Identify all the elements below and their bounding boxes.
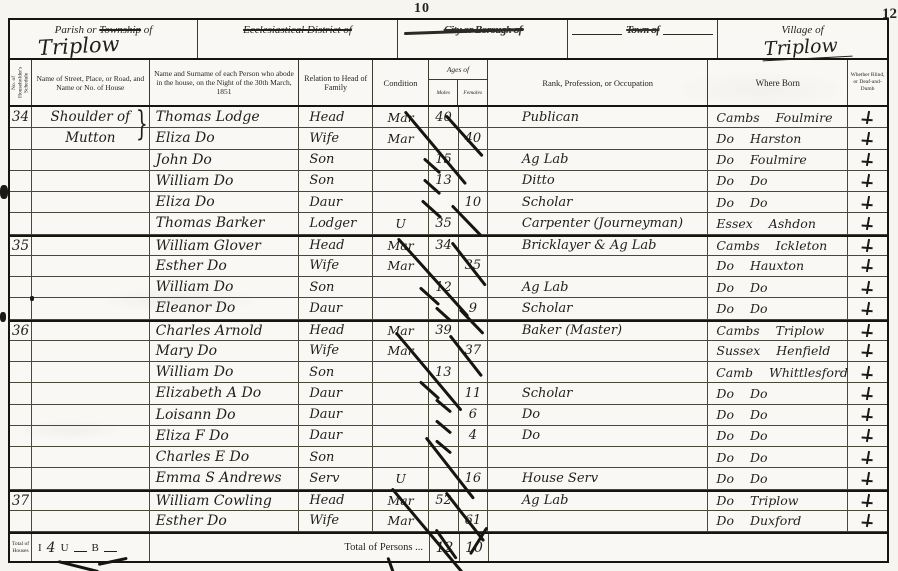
- schedule-cell: [10, 405, 32, 425]
- birthplace-cell: Do Duxford: [708, 511, 848, 531]
- infirm-cell: [848, 362, 887, 382]
- birthplace-cell: Sussex Henfield: [708, 341, 848, 361]
- census-row: Mary DoWifeMar37Sussex Henfield: [10, 341, 887, 362]
- relation-cell: Son: [299, 171, 373, 191]
- schedule-cell: 35: [10, 237, 32, 255]
- totals-empty-cell: [489, 534, 887, 561]
- relation-cell: Lodger: [299, 213, 373, 233]
- col-header-occupation: Rank, Profession, or Occupation: [488, 60, 708, 105]
- age-male-cell: [429, 511, 459, 531]
- name-cell: William Glover: [150, 237, 300, 255]
- village-value: Triplow: [761, 34, 852, 62]
- relation-cell: Serv: [299, 468, 373, 488]
- birthplace-cell: Do Do: [708, 383, 848, 403]
- tick-mark: [865, 324, 869, 337]
- town-box: Town of: [568, 20, 718, 58]
- tick-mark: [865, 239, 869, 252]
- name-cell: Eliza F Do: [150, 426, 300, 446]
- infirm-cell: [848, 468, 887, 488]
- schedule-cell: 36: [10, 322, 32, 340]
- house-cell: [32, 192, 150, 212]
- house-cell: [32, 237, 150, 255]
- infirm-cell: [848, 237, 887, 255]
- column-headers: No. of Householder's Schedule Name of St…: [10, 60, 887, 107]
- schedule-cell: [10, 213, 32, 233]
- parish-label-post: of: [144, 24, 153, 36]
- schedule-cell: [10, 128, 32, 148]
- infirm-cell: [848, 511, 887, 531]
- schedule-cell: [10, 277, 32, 297]
- name-cell: William Do: [150, 171, 300, 191]
- relation-cell: Son: [299, 277, 373, 297]
- condition-cell: [373, 426, 429, 446]
- col-header-males: Males: [429, 80, 459, 105]
- occupation-cell: Scholar: [488, 192, 709, 212]
- birthplace-cell: Do Hauxton: [708, 256, 848, 276]
- house-cell: [32, 277, 150, 297]
- birthplace-cell: Do Do: [708, 405, 848, 425]
- name-cell: Charles Arnold: [150, 322, 300, 340]
- age-female-cell: [459, 150, 488, 170]
- name-cell: William Cowling: [150, 492, 300, 510]
- relation-cell: Wife: [299, 511, 373, 531]
- age-male-cell: 35: [429, 213, 459, 233]
- relation-cell: Son: [299, 362, 373, 382]
- city-box: City or Borough of: [398, 20, 568, 58]
- scanned-census-page: { "page": { "top_number": "10", "right_n…: [0, 0, 898, 571]
- tick-mark: [865, 429, 869, 442]
- census-row: 36Charles ArnoldHeadMar39Baker (Master)C…: [10, 320, 887, 341]
- col-header-name: Name and Surname of each Person who abod…: [150, 60, 300, 105]
- birthplace-cell: Do Do: [708, 298, 848, 318]
- house-cell: [32, 492, 150, 510]
- birthplace-cell: Cambs Ickleton: [708, 237, 848, 255]
- infirm-cell: [848, 447, 887, 467]
- age-male-cell: 39: [429, 322, 459, 340]
- tick-mark: [865, 132, 869, 145]
- schedule-cell: [10, 383, 32, 403]
- tick-mark: [865, 196, 869, 209]
- col-header-ages: Ages of Males Females: [429, 60, 488, 105]
- infirm-cell: [848, 171, 887, 191]
- occupation-cell: Scholar: [488, 383, 709, 403]
- ages-of-label: Ages of: [429, 60, 487, 80]
- condition-cell: [373, 192, 429, 212]
- infirm-cell: [848, 256, 887, 276]
- schedule-cell: 34: [10, 107, 32, 127]
- house-cell: [32, 468, 150, 488]
- schedule-cell: [10, 468, 32, 488]
- infirm-cell: [848, 150, 887, 170]
- house-cell: [32, 298, 150, 318]
- col-header-schedule: No. of Householder's Schedule: [10, 60, 32, 105]
- col-header-street: Name of Street, Place, or Road, and Name…: [32, 60, 150, 105]
- occupation-cell: [488, 362, 708, 382]
- age-female-cell: 11: [459, 383, 488, 403]
- schedule-cell: [10, 426, 32, 446]
- census-row: Eliza DoDaur10ScholarDo Do: [10, 192, 887, 213]
- schedule-cell: [10, 171, 32, 191]
- age-female-cell: [459, 447, 488, 467]
- dash-mark: [663, 34, 713, 46]
- birthplace-cell: Cambs Foulmire: [708, 107, 848, 127]
- schedule-cell: [10, 341, 32, 361]
- name-cell: Elizabeth A Do: [150, 383, 300, 403]
- tick-mark: [865, 153, 869, 166]
- occupation-cell: Publican: [488, 107, 709, 127]
- col-header-infirm: Whether Blind, or Deaf-and-Dumb: [848, 60, 887, 105]
- infirm-cell: [848, 128, 887, 148]
- house-cell: [32, 256, 150, 276]
- name-cell: Esther Do: [150, 256, 300, 276]
- condition-cell: [373, 405, 429, 425]
- tick-mark: [865, 494, 869, 507]
- relation-cell: Wife: [299, 341, 373, 361]
- age-male-cell: [429, 256, 459, 276]
- house-cell: [32, 426, 150, 446]
- parish-value: Triplow: [37, 32, 120, 60]
- masthead: Parish or Township of Triplow Ecclesiast…: [10, 20, 887, 60]
- name-cell: Eliza Do: [150, 192, 300, 212]
- tick-mark: [865, 302, 869, 315]
- census-row: William DoSon13Camb Whittlesford: [10, 362, 887, 383]
- schedule-cell: 37: [10, 492, 32, 510]
- tick-mark: [865, 451, 869, 464]
- occupation-cell: [488, 128, 709, 148]
- relation-cell: Head: [299, 322, 373, 340]
- relation-cell: Daur: [299, 383, 373, 403]
- village-label: Village of: [718, 20, 887, 36]
- parish-box: Parish or Township of Triplow: [10, 20, 198, 58]
- relation-cell: Head: [299, 237, 373, 255]
- condition-cell: [373, 362, 429, 382]
- census-row: MuttonEliza DoWifeMar40Do Harston: [10, 128, 887, 149]
- condition-cell: U: [373, 468, 429, 488]
- condition-cell: U: [373, 213, 429, 233]
- occupation-cell: [488, 447, 709, 467]
- tick-mark: [865, 472, 869, 485]
- birthplace-cell: Do Triplow: [708, 492, 848, 510]
- infirm-cell: [848, 213, 887, 233]
- village-box: Village of Triplow: [718, 20, 887, 58]
- relation-cell: Daur: [299, 192, 373, 212]
- name-cell: Loisann Do: [150, 405, 300, 425]
- name-cell: Thomas Lodge: [150, 107, 300, 127]
- occupation-cell: Scholar: [488, 298, 709, 318]
- col-header-relation: Relation to Head of Family: [299, 60, 373, 105]
- col-header-born: Where Born: [708, 60, 848, 105]
- infirm-cell: [848, 107, 887, 127]
- tick-mark: [865, 387, 869, 400]
- occupation-cell: [488, 341, 709, 361]
- inhabited-label: I: [38, 542, 42, 554]
- census-row: Emma S AndrewsServU16House ServDo Do: [10, 468, 887, 489]
- condition-cell: [373, 447, 429, 467]
- birthplace-cell: Cambs Triplow: [708, 322, 848, 340]
- house-cell: [32, 213, 150, 233]
- relation-cell: Son: [299, 447, 373, 467]
- name-cell: Eleanor Do: [150, 298, 300, 318]
- census-row: 35William GloverHeadMar34Bricklayer & Ag…: [10, 235, 887, 256]
- occupation-cell: Ag Lab: [488, 150, 709, 170]
- total-houses-label: Total of Houses: [10, 534, 32, 561]
- relation-cell: Head: [299, 107, 373, 127]
- birthplace-cell: Do Harston: [708, 128, 848, 148]
- condition-cell: [373, 383, 429, 403]
- condition-cell: Mar: [373, 107, 429, 127]
- col-header-females: Females: [458, 80, 487, 105]
- occupation-cell: Do: [488, 426, 709, 446]
- census-table: Parish or Township of Triplow Ecclesiast…: [8, 18, 889, 563]
- relation-cell: Daur: [299, 426, 373, 446]
- age-female-cell: [459, 237, 488, 255]
- birthplace-cell: Do Do: [708, 171, 848, 191]
- name-cell: Mary Do: [150, 341, 300, 361]
- tick-mark: [865, 217, 869, 230]
- condition-cell: [373, 298, 429, 318]
- age-female-cell: 10: [459, 192, 488, 212]
- ink-speck: [0, 185, 8, 199]
- name-cell: Eliza Do: [150, 128, 300, 148]
- dash-mark: [74, 544, 87, 552]
- inhabited-value: 4: [47, 540, 56, 556]
- schedule-cell: [10, 256, 32, 276]
- condition-cell: [373, 150, 429, 170]
- town-label: Town of: [626, 24, 659, 36]
- col-header-condition: Condition: [373, 60, 429, 105]
- age-female-cell: [459, 107, 488, 127]
- uninhabited-label: U: [61, 542, 69, 554]
- page-number-top: 10: [414, 1, 430, 17]
- occupation-cell: Ag Lab: [488, 492, 709, 510]
- name-cell: Esther Do: [150, 511, 300, 531]
- schedule-cell: [10, 511, 32, 531]
- infirm-cell: [848, 277, 887, 297]
- relation-cell: Wife: [299, 256, 373, 276]
- tick-mark: [865, 111, 869, 124]
- occupation-cell: Carpenter (Journeyman): [488, 213, 709, 233]
- infirm-cell: [848, 192, 887, 212]
- building-label: B: [92, 542, 99, 554]
- occupation-cell: [488, 256, 709, 276]
- ink-speck: [0, 312, 6, 322]
- house-cell: [32, 447, 150, 467]
- schedule-cell: [10, 192, 32, 212]
- relation-cell: Son: [299, 150, 373, 170]
- schedule-cell: [10, 447, 32, 467]
- relation-cell: Wife: [299, 128, 373, 148]
- birthplace-cell: Do Do: [708, 277, 848, 297]
- schedule-cell: [10, 298, 32, 318]
- birthplace-cell: Do Do: [708, 447, 848, 467]
- dash-mark: [572, 34, 622, 46]
- infirm-cell: [848, 492, 887, 510]
- name-cell: Thomas Barker: [150, 213, 300, 233]
- name-cell: John Do: [150, 150, 300, 170]
- house-cell: [32, 405, 150, 425]
- house-cell: [32, 511, 150, 531]
- house-cell: [32, 383, 150, 403]
- ecclesiastical-box: Ecclesiastical District of: [198, 20, 398, 58]
- infirm-cell: [848, 426, 887, 446]
- birthplace-cell: Do Do: [708, 468, 848, 488]
- occupation-cell: Do: [488, 405, 709, 425]
- tick-mark: [865, 408, 869, 421]
- occupation-cell: Baker (Master): [488, 322, 709, 340]
- relation-cell: Daur: [299, 298, 373, 318]
- ink-speck: [30, 296, 34, 301]
- schedule-cell: [10, 362, 32, 382]
- house-cell: [32, 341, 150, 361]
- name-cell: William Do: [150, 277, 300, 297]
- census-row: Thomas BarkerLodgerU35Carpenter (Journey…: [10, 213, 887, 234]
- tick-mark: [865, 366, 869, 379]
- occupation-cell: House Serv: [488, 468, 709, 488]
- name-cell: William Do: [150, 362, 300, 382]
- name-cell: Charles E Do: [150, 447, 300, 467]
- house-cell: Shoulder of}: [32, 107, 150, 127]
- house-cell: [32, 322, 150, 340]
- tick-mark: [865, 344, 869, 357]
- birthplace-cell: Camb Whittlesford: [708, 362, 848, 382]
- dash-mark: [104, 544, 117, 552]
- tick-mark: [865, 174, 869, 187]
- occupation-cell: Ag Lab: [488, 277, 709, 297]
- occupation-cell: Ditto: [488, 171, 709, 191]
- house-cell: [32, 362, 150, 382]
- infirm-cell: [848, 341, 887, 361]
- census-row: William DoSon13DittoDo Do: [10, 171, 887, 192]
- tick-mark: [865, 259, 869, 272]
- birthplace-cell: Do Foulmire: [708, 150, 848, 170]
- house-cell: Mutton: [32, 128, 150, 148]
- name-cell: Emma S Andrews: [150, 468, 300, 488]
- age-female-cell: 6: [459, 405, 488, 425]
- ecclesiastical-label: Ecclesiastical District of: [243, 24, 352, 36]
- infirm-cell: [848, 298, 887, 318]
- occupation-cell: Bricklayer & Ag Lab: [488, 237, 709, 255]
- occupation-cell: [488, 511, 709, 531]
- house-cell: [32, 171, 150, 191]
- house-cell: [32, 150, 150, 170]
- tick-mark: [865, 514, 869, 527]
- houses-tally-cell: I 4 U B: [32, 534, 150, 561]
- infirm-cell: [848, 405, 887, 425]
- age-female-cell: 4: [459, 426, 488, 446]
- tick-mark: [865, 281, 869, 294]
- condition-cell: [373, 171, 429, 191]
- birthplace-cell: Do Do: [708, 426, 848, 446]
- age-female-cell: [459, 492, 488, 510]
- census-row: Esther DoWifeMar35Do Hauxton: [10, 256, 887, 277]
- condition-cell: Mar: [373, 341, 429, 361]
- schedule-cell: [10, 150, 32, 170]
- birthplace-cell: Do Do: [708, 192, 848, 212]
- census-row: Esther DoWifeMar61Do Duxford: [10, 511, 887, 532]
- relation-cell: Head: [299, 492, 373, 510]
- infirm-cell: [848, 322, 887, 340]
- relation-cell: Daur: [299, 405, 373, 425]
- birthplace-cell: Essex Ashdon: [708, 213, 848, 233]
- infirm-cell: [848, 383, 887, 403]
